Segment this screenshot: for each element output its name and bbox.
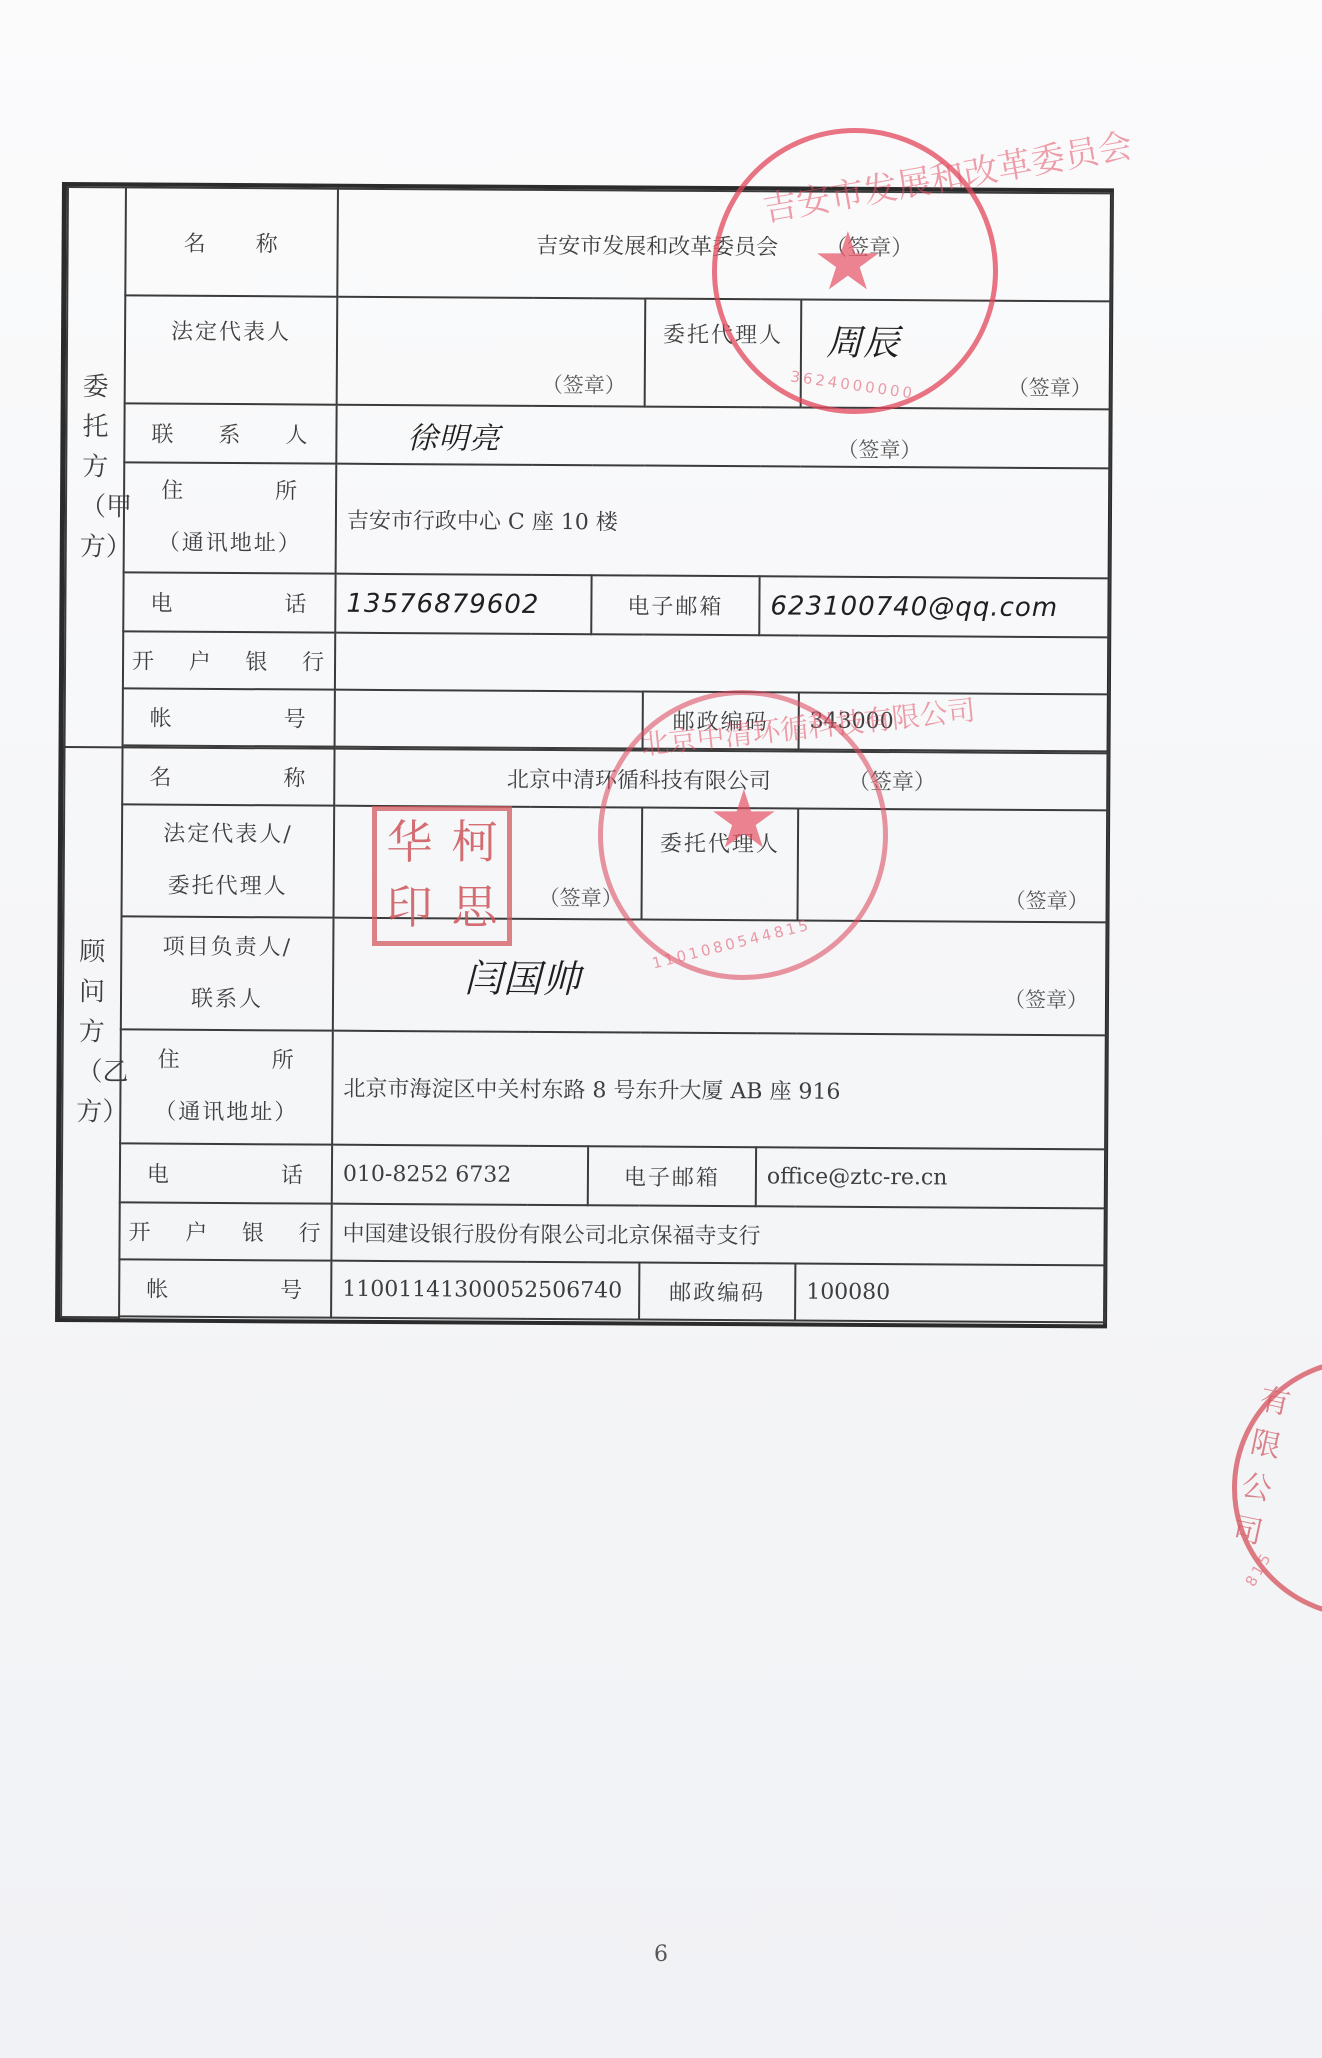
party-b-agent-label: 委托代理人 [642, 808, 799, 921]
party-b-project-lead-row: 项目负责人/ 联系人 闫国帅 （签章） [63, 916, 1108, 1034]
party-b-agent-sign-hint: （签章） [1005, 885, 1089, 916]
party-b-project-lead-label: 项目负责人/ 联系人 [121, 917, 334, 1030]
party-a-agent-label: 委托代理人 [645, 299, 802, 408]
edge-cross-page-seal [1232, 1358, 1322, 1618]
party-a-name-label: 名 称 [125, 187, 338, 296]
personal-name-seal: 华 柯 印 思 [372, 806, 512, 946]
party-b-postcode-field[interactable]: 100080 [795, 1263, 1105, 1322]
party-b-bank-value: 中国建设银行股份有限公司北京保福寺支行 [343, 1221, 761, 1249]
party-a-address-value: 吉安市行政中心 C 座 10 楼 [347, 508, 618, 535]
party-b-phone-value: 010-8252 6732 [343, 1161, 512, 1187]
party-a-name-row: 委托方（甲方） 名 称 吉安市发展和改革委员会 （签章） [67, 187, 1112, 301]
party-b-name-field[interactable]: 北京中清环循科技有限公司 （签章） [334, 749, 1108, 811]
party-b-email-value: office@ztc-re.cn [767, 1164, 948, 1190]
party-a-phone-label: 电 话 [123, 573, 335, 633]
party-a-agent-sign-hint: （签章） [1008, 372, 1092, 403]
party-b-account-label: 帐 号 [119, 1259, 331, 1317]
party-a-postcode-value: 343000 [810, 709, 894, 735]
party-b-email-field[interactable]: office@ztc-re.cn [756, 1147, 1106, 1208]
party-b-legal-rep-label: 法定代表人/ 委托代理人 [122, 805, 335, 918]
party-a-legal-rep-row: 法定代表人 （签章） 委托代理人 周辰 （签章） [67, 295, 1112, 409]
party-a-legal-rep-label: 法定代表人 [125, 295, 338, 404]
party-a-name-field[interactable]: 吉安市发展和改革委员会 （签章） [337, 189, 1112, 302]
party-a-email-value: 623100740@qq.com [770, 591, 1058, 623]
document-page: 委托方（甲方） 名 称 吉安市发展和改革委员会 （签章） 法定代表人 （签章） … [0, 0, 1322, 2058]
party-b-email-label: 电子邮箱 [588, 1146, 756, 1206]
party-b-name-label: 名 称 [122, 748, 334, 806]
party-a-email-field[interactable]: 623100740@qq.com [759, 576, 1109, 637]
party-b-phone-row: 电 话 010-8252 6732 电子邮箱 office@ztc-re.cn [62, 1143, 1106, 1208]
edge-seal-text: 有限公司 [1228, 1378, 1304, 1558]
party-b-account-row: 帐 号 11001141300052506740 邮政编码 100080 [61, 1259, 1105, 1322]
party-a-contact-sign-hint: （签章） [837, 434, 921, 465]
party-b-heading: 顾问方（乙方） [61, 747, 122, 1317]
party-b-address-field[interactable]: 北京市海淀区中关村东路 8 号东升大厦 AB 座 916 [332, 1030, 1107, 1149]
party-a-legal-rep-sign-hint: （签章） [542, 369, 626, 400]
party-a-postcode-label: 邮政编码 [643, 692, 799, 750]
party-a-address-row: 住 所 （通讯地址） 吉安市行政中心 C 座 10 楼 [66, 462, 1111, 578]
party-b-name-value: 北京中清环循科技有限公司 [507, 768, 771, 795]
party-a-name-value: 吉安市发展和改革委员会 [536, 233, 778, 259]
party-a-account-row: 帐 号 邮政编码 343000 [65, 688, 1109, 751]
party-b-legal-rep-row: 法定代表人/ 委托代理人 （签章） 委托代理人 （签章） [64, 804, 1109, 922]
edge-seal-code: 815 [1242, 1548, 1276, 1590]
party-a-address-label: 住 所 （通讯地址） [124, 462, 337, 573]
party-a-contact-field[interactable]: 徐明亮 （签章） [336, 405, 1110, 469]
party-a-phone-row: 电 话 13576879602 电子邮箱 623100740@qq.com [65, 572, 1109, 637]
party-a-email-label: 电子邮箱 [591, 575, 759, 635]
party-a-contact-signature: 徐明亮 [407, 421, 500, 457]
party-a-name-sign-hint: （签章） [825, 235, 913, 261]
party-b-name-sign-hint: （签章） [848, 770, 936, 796]
party-b-address-label: 住 所 （通讯地址） [120, 1029, 333, 1144]
party-a-legal-rep-field[interactable]: （签章） [337, 297, 646, 407]
party-a-address-field[interactable]: 吉安市行政中心 C 座 10 楼 [336, 464, 1111, 579]
party-a-bank-field[interactable] [335, 633, 1109, 695]
party-a-agent-field[interactable]: 周辰 （签章） [801, 300, 1112, 410]
party-a-bank-row: 开 户 银 行 [65, 631, 1109, 694]
party-b-postcode-value: 100080 [806, 1279, 890, 1305]
contract-party-table: 委托方（甲方） 名 称 吉安市发展和改革委员会 （签章） 法定代表人 （签章） … [55, 182, 1114, 1328]
party-a-phone-field[interactable]: 13576879602 [335, 574, 591, 635]
party-a-contact-row: 联 系 人 徐明亮 （签章） [66, 403, 1110, 468]
party-a-postcode-field[interactable]: 343000 [799, 693, 1109, 752]
party-a-account-field[interactable] [335, 690, 643, 749]
page-number: 6 [0, 1942, 1322, 1967]
party-b-phone-field[interactable]: 010-8252 6732 [332, 1144, 588, 1205]
party-b-address-row: 住 所 （通讯地址） 北京市海淀区中关村东路 8 号东升大厦 AB 座 916 [62, 1029, 1107, 1149]
party-b-address-value: 北京市海淀区中关村东路 8 号东升大厦 AB 座 916 [343, 1077, 840, 1105]
party-b-account-value: 11001141300052506740 [342, 1277, 622, 1304]
party-b-name-row: 顾问方（乙方） 名 称 北京中清环循科技有限公司 （签章） [64, 747, 1108, 810]
party-a-heading: 委托方（甲方） [65, 187, 126, 748]
party-a-phone-value: 13576879602 [346, 588, 539, 619]
party-b-legal-rep-sign-hint: （签章） [539, 882, 623, 913]
party-b-phone-label: 电 话 [120, 1143, 332, 1203]
party-b-project-lead-sign-hint: （签章） [1004, 983, 1088, 1014]
party-b-project-lead-signature: 闫国帅 [464, 948, 581, 1004]
party-b-postcode-label: 邮政编码 [639, 1262, 795, 1320]
party-b-agent-field[interactable]: （签章） [797, 809, 1108, 923]
party-a-agent-signature: 周辰 [826, 315, 900, 366]
party-a-bank-label: 开 户 银 行 [123, 632, 335, 690]
party-b-bank-field[interactable]: 中国建设银行股份有限公司北京保福寺支行 [331, 1203, 1105, 1265]
party-b-bank-label: 开 户 银 行 [119, 1202, 331, 1260]
party-b-bank-row: 开 户 银 行 中国建设银行股份有限公司北京保福寺支行 [61, 1202, 1105, 1265]
party-a-account-label: 帐 号 [123, 689, 335, 747]
party-a-contact-label: 联 系 人 [124, 403, 336, 463]
party-b-account-field[interactable]: 11001141300052506740 [331, 1260, 639, 1319]
